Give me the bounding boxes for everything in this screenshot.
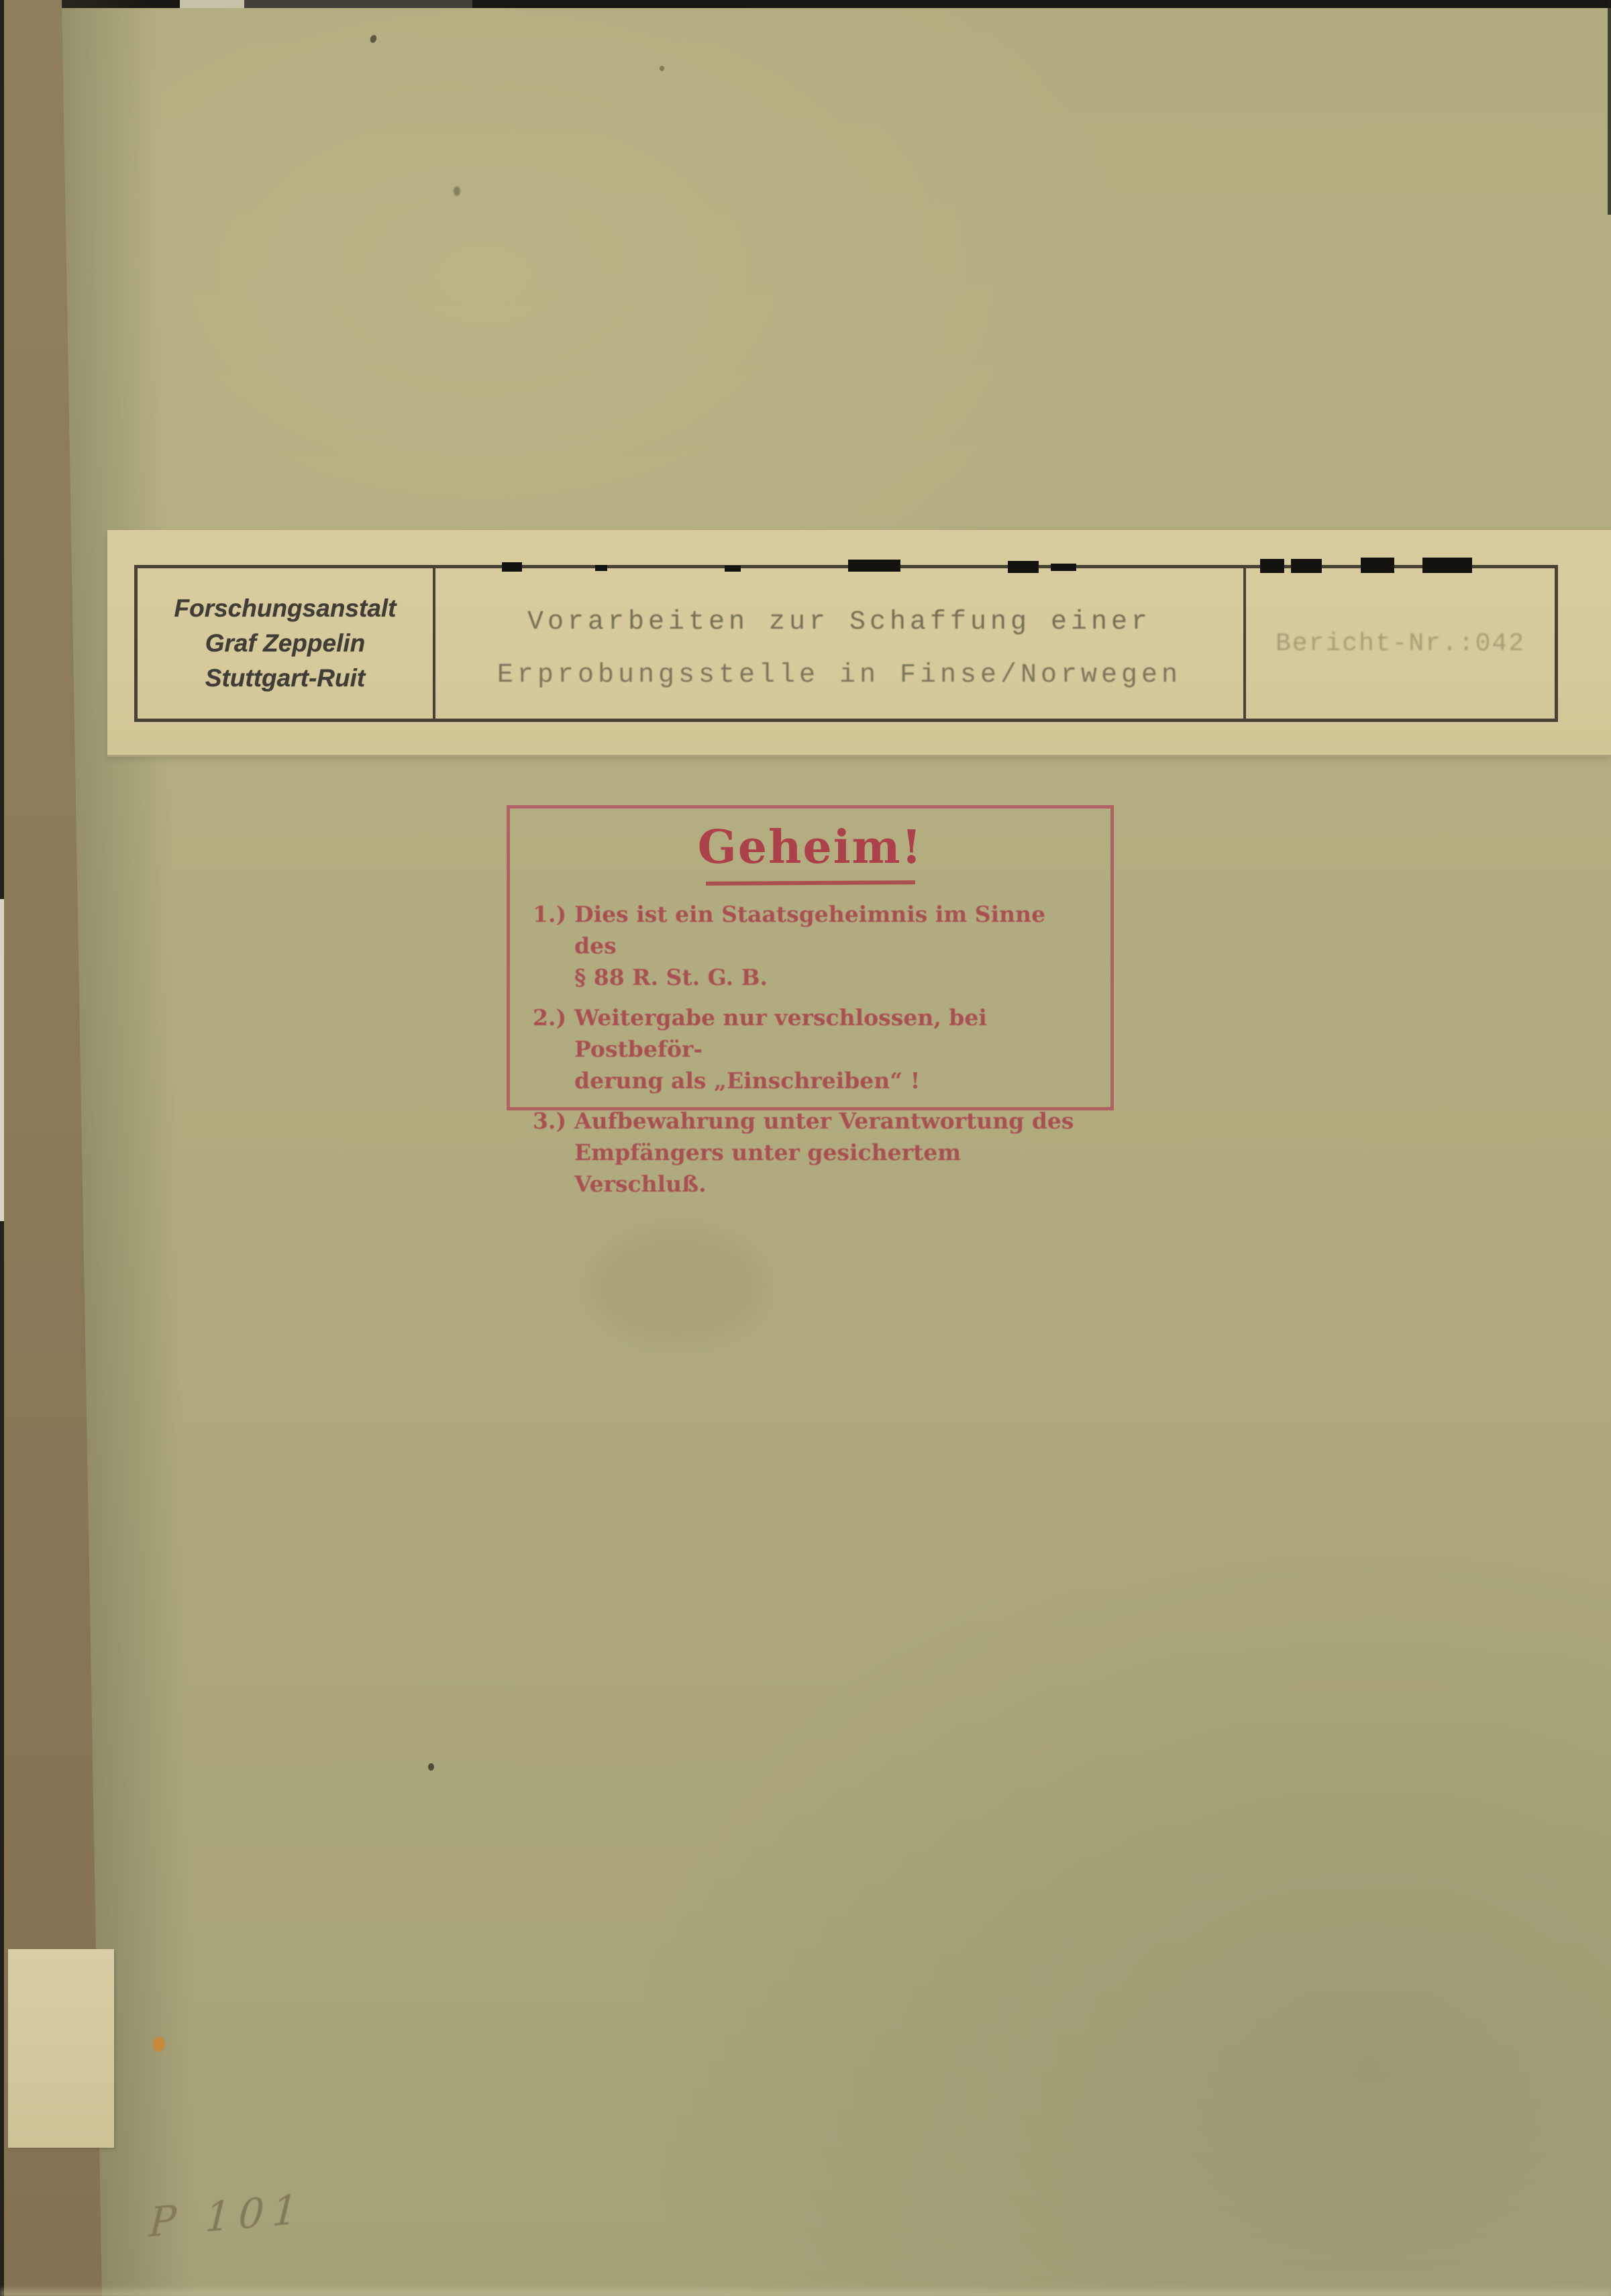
secrecy-stamp-item: 1.) Dies ist ein Staatsgeheimnis im Sinn…	[510, 898, 1110, 993]
header-label-box: Forschungsanstalt Graf Zeppelin Stuttgar…	[134, 565, 1558, 722]
paper-speck	[428, 1763, 434, 1771]
ink-mark	[1361, 558, 1394, 573]
report-number-cell: Bericht-Nr.:042	[1246, 568, 1555, 719]
paper-speck	[660, 66, 664, 71]
ink-mark	[848, 560, 900, 572]
stamp-item-number: 1.)	[533, 898, 574, 993]
stamp-item-number: 3.)	[533, 1105, 574, 1200]
ink-mark	[502, 562, 522, 572]
secrecy-stamp: Geheim! 1.) Dies ist ein Staatsgeheimnis…	[507, 805, 1114, 1110]
report-title-cell: Vorarbeiten zur Schaffung einer Erprobun…	[433, 568, 1246, 719]
stamp-item-line: Aufbewahrung unter Verantwortung des	[574, 1105, 1090, 1137]
ink-mark	[725, 566, 741, 572]
ink-mark	[1260, 559, 1284, 573]
scan-edge-top-notch	[180, 0, 244, 8]
secrecy-stamp-title: Geheim!	[510, 821, 1110, 874]
scan-edge-bottom	[0, 2285, 1611, 2296]
stamp-item-line: derung als „Einschreiben“ !	[574, 1065, 1090, 1096]
spine-repair-tape	[8, 1949, 114, 2148]
paper-speck	[153, 2037, 165, 2052]
report-title-line: Erprobungsstelle in Finse/Norwegen	[497, 660, 1182, 690]
stamp-item-number: 2.)	[533, 1002, 574, 1096]
paper-smudge	[590, 1228, 765, 1342]
ink-mark	[1422, 558, 1472, 573]
institution-cell: Forschungsanstalt Graf Zeppelin Stuttgar…	[138, 568, 433, 719]
ink-mark	[595, 565, 607, 571]
scan-edge-top-gray	[244, 0, 472, 8]
report-title-line: Vorarbeiten zur Schaffung einer	[527, 607, 1151, 637]
ink-mark	[1291, 559, 1322, 573]
ink-mark	[1008, 561, 1039, 573]
report-cover-page: Forschungsanstalt Graf Zeppelin Stuttgar…	[0, 0, 1611, 2296]
stamp-item-text: Aufbewahrung unter Verantwortung des Emp…	[574, 1105, 1090, 1200]
institution-line: Stuttgart-Ruit	[205, 661, 365, 696]
stamp-item-line: Dies ist ein Staatsgeheimnis im Sinne de…	[574, 898, 1090, 961]
institution-line: Graf Zeppelin	[205, 626, 365, 661]
stamp-item-text: Dies ist ein Staatsgeheimnis im Sinne de…	[574, 898, 1090, 993]
secrecy-stamp-item: 3.) Aufbewahrung unter Verantwortung des…	[510, 1105, 1110, 1200]
stamp-item-line: Empfängers unter gesichertem Verschluß.	[574, 1137, 1090, 1200]
stamp-item-line: § 88 R. St. G. B.	[574, 961, 1090, 993]
scan-edge-right	[1608, 0, 1611, 215]
secrecy-stamp-item: 2.) Weitergabe nur verschlossen, bei Pos…	[510, 1002, 1110, 1096]
stamp-item-line: Weitergabe nur verschlossen, bei Postbef…	[574, 1002, 1090, 1065]
institution-line: Forschungsanstalt	[174, 591, 397, 626]
report-number: Bericht-Nr.:042	[1276, 629, 1525, 658]
paper-speck	[454, 187, 460, 196]
paper-speck	[369, 34, 378, 44]
ink-mark	[1051, 564, 1076, 571]
secrecy-stamp-underline	[706, 880, 915, 886]
stamp-item-text: Weitergabe nur verschlossen, bei Postbef…	[574, 1002, 1090, 1096]
